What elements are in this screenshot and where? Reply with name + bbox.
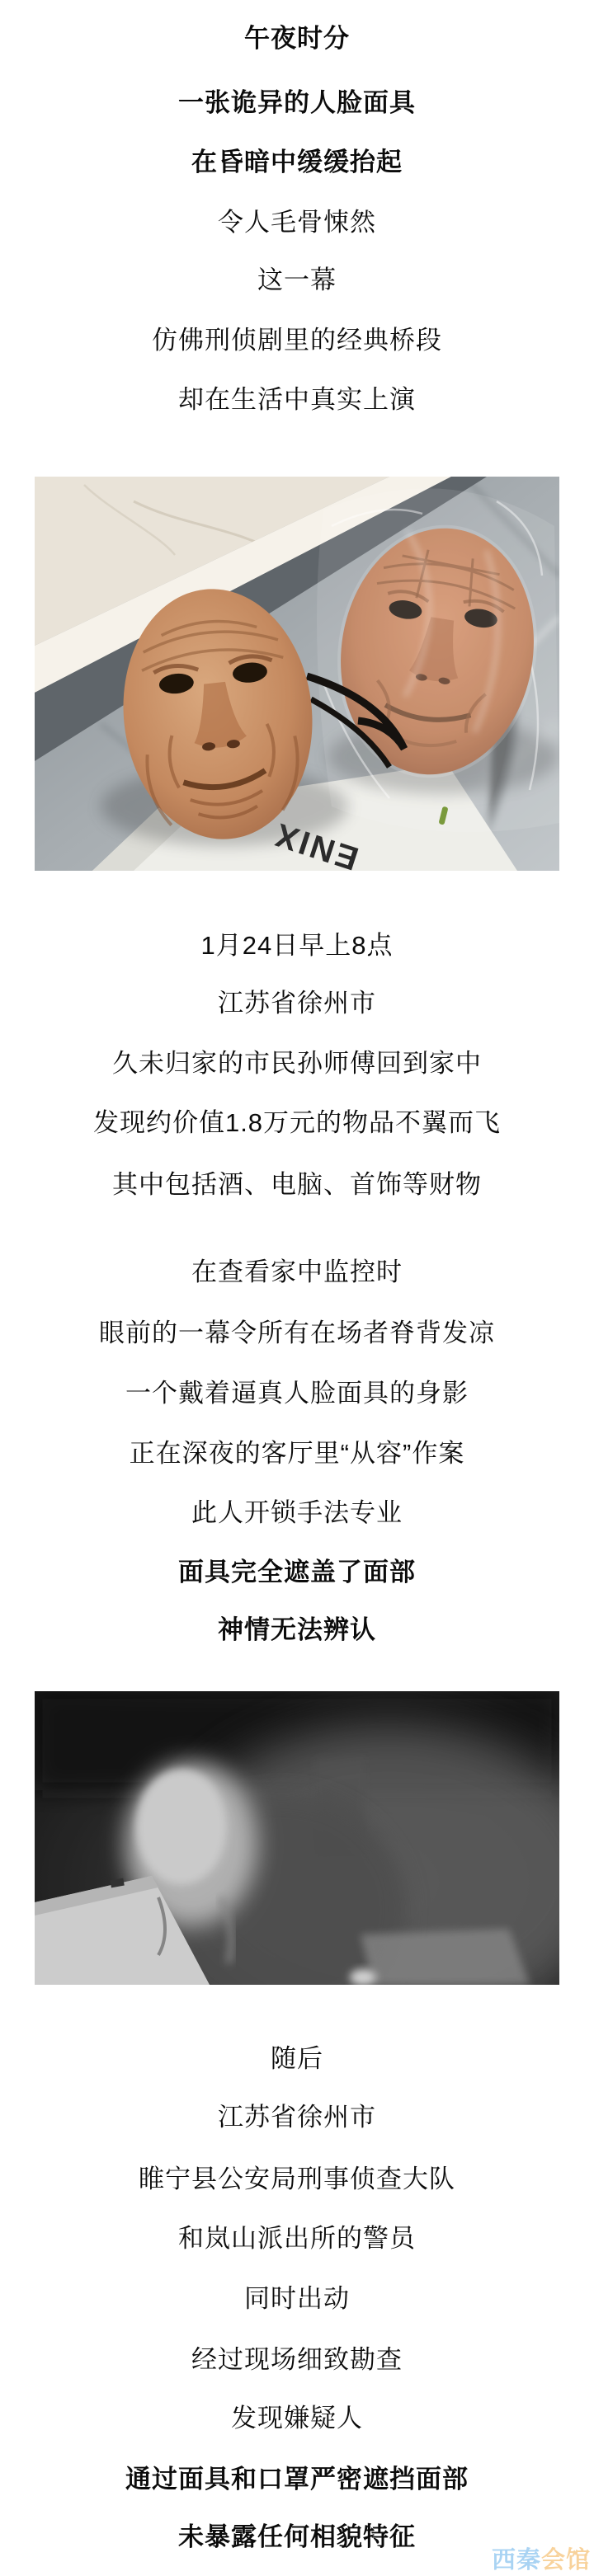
article-line: 眼前的一幕令所有在场者脊背发凉	[0, 1316, 594, 1351]
article-line: 随后	[0, 2042, 594, 2076]
surveillance-photo	[35, 1691, 559, 1985]
article-page: 午夜时分 一张诡异的人脸面具 在昏暗中缓缓抬起 令人毛骨悚然 这一幕 仿佛刑侦剧…	[0, 0, 594, 2576]
article-line: 午夜时分	[0, 21, 594, 56]
article-line: 其中包括酒、电脑、首饰等财物	[0, 1168, 594, 1202]
article-line: 一个戴着逼真人脸面具的身影	[0, 1376, 594, 1411]
masks-photo: ENIX	[35, 477, 559, 871]
article-line: 正在深夜的客厅里“从容”作案	[0, 1436, 594, 1471]
article-line: 发现嫌疑人	[0, 2401, 594, 2436]
article-line: 令人毛骨悚然	[0, 205, 594, 240]
article-line: 却在生活中真实上演	[0, 383, 594, 417]
article-line: 这一幕	[0, 263, 594, 298]
article-line: 通过面具和口罩严密遮挡面部	[0, 2462, 594, 2497]
article-line: 此人开锁手法专业	[0, 1496, 594, 1530]
article-line: 神情无法辨认	[0, 1613, 594, 1648]
watermark-text-blue: 西秦	[492, 2547, 541, 2574]
site-watermark: 西秦会馆	[492, 2541, 591, 2575]
article-line: 仿佛刑侦剧里的经典桥段	[0, 323, 594, 358]
article-line: 一张诡异的人脸面具	[0, 86, 594, 120]
article-line: 和岚山派出所的警员	[0, 2221, 594, 2256]
watermark-text-orange: 会馆	[541, 2547, 591, 2574]
article-line: 睢宁县公安局刑事侦查大队	[0, 2162, 594, 2197]
article-line: 在查看家中监控时	[0, 1255, 594, 1290]
article-line: 发现约价值1.8万元的物品不翼而飞	[0, 1106, 594, 1140]
article-line: 久未归家的市民孙师傅回到家中	[0, 1046, 594, 1081]
article-line: 面具完全遮盖了面部	[0, 1555, 594, 1590]
article-line: 同时出动	[0, 2282, 594, 2316]
article-line: 江苏省徐州市	[0, 2100, 594, 2135]
article-line: 1月24日早上8点	[0, 928, 594, 963]
article-line: 江苏省徐州市	[0, 986, 594, 1021]
article-line: 在昏暗中缓缓抬起	[0, 145, 594, 180]
article-line: 经过现场细致勘查	[0, 2343, 594, 2377]
